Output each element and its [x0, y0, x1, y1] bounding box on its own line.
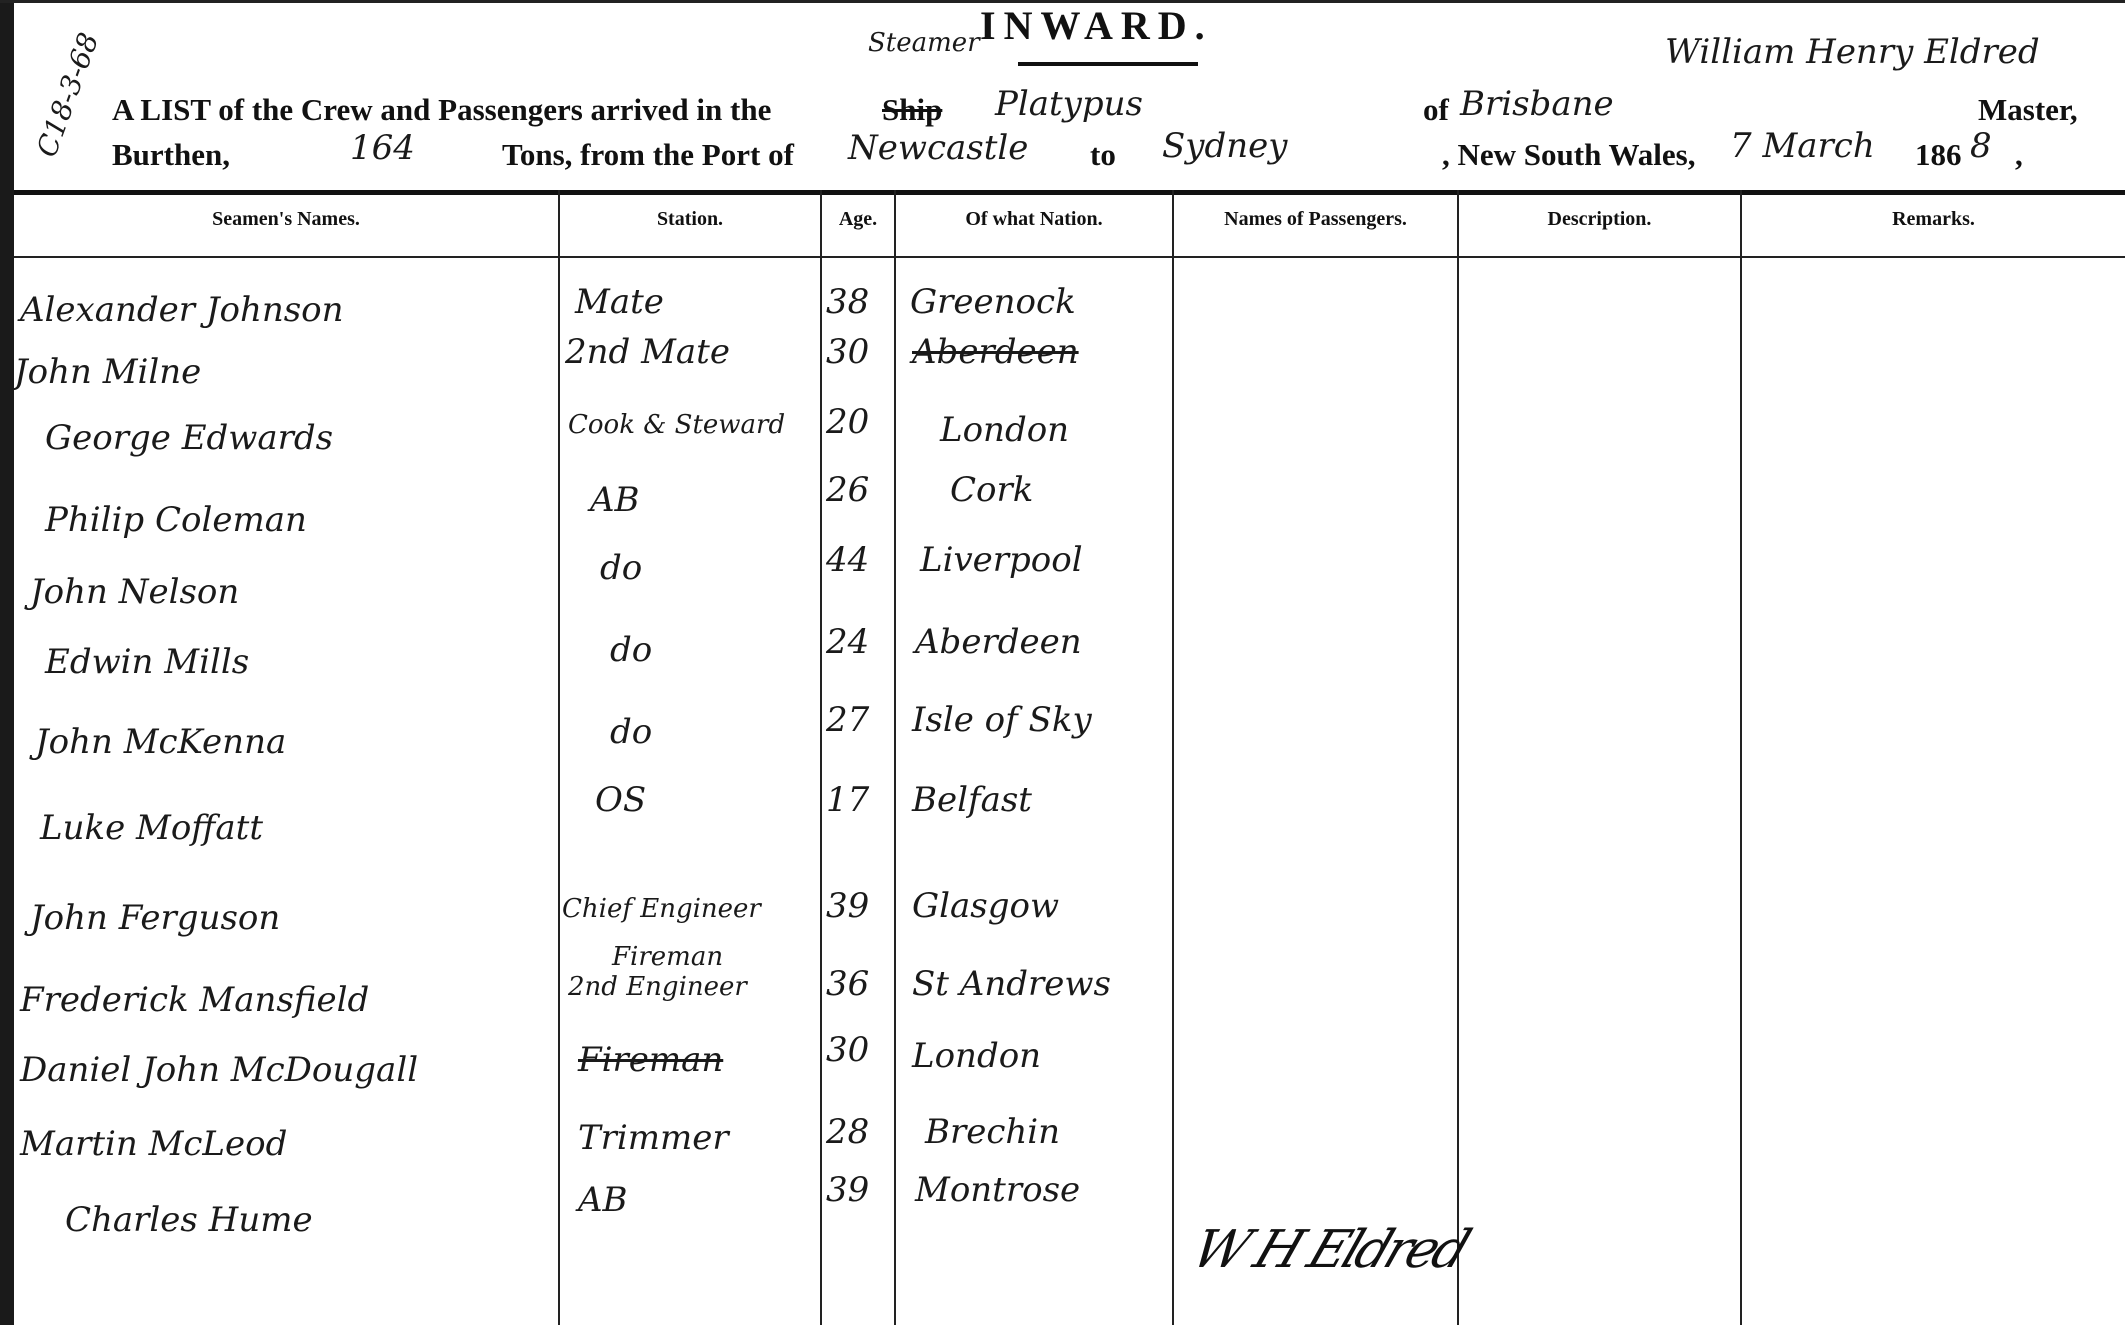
col-station: Station.	[560, 208, 820, 231]
margin-annotation: C18-3-68	[30, 28, 105, 161]
seaman-name: Luke Moffatt	[40, 808, 263, 848]
column-divider	[894, 190, 896, 1325]
col-passenger-names: Names of Passengers.	[1174, 208, 1457, 231]
seaman-name: Edwin Mills	[45, 642, 249, 682]
nation: Montrose	[915, 1170, 1080, 1210]
nation: Belfast	[912, 780, 1032, 820]
station: OS	[595, 780, 646, 820]
age: 38	[826, 282, 869, 322]
seaman-name: John McKenna	[35, 722, 286, 762]
station: Trimmer	[578, 1118, 729, 1158]
station: do	[610, 712, 652, 752]
seaman-name: John Milne	[14, 352, 201, 392]
station: do	[600, 548, 642, 588]
colony-label: , New South Wales,	[1442, 137, 1696, 173]
scan-edge	[0, 0, 14, 1325]
to-label: to	[1090, 137, 1116, 173]
nation: Brechin	[925, 1112, 1060, 1152]
col-age: Age.	[822, 208, 894, 231]
master-label: Master,	[1978, 92, 2078, 128]
master-signature: W H Eldred	[1184, 1220, 1474, 1280]
nation: Aberdeen	[915, 622, 1082, 662]
station: Chief Engineer	[562, 894, 761, 924]
age: 39	[826, 886, 869, 926]
tons-label: Tons, from the Port of	[502, 137, 794, 173]
seaman-name: Alexander Johnson	[20, 290, 344, 330]
seaman-name: Martin McLeod	[20, 1124, 287, 1164]
col-remarks: Remarks.	[1742, 208, 2125, 231]
station-note: Fireman	[612, 942, 723, 972]
age: 26	[826, 470, 869, 510]
column-divider	[558, 190, 560, 1325]
header-rule	[14, 190, 2125, 195]
column-divider	[1457, 190, 1459, 1325]
age: 39	[826, 1170, 869, 1210]
nation: Cork	[950, 470, 1033, 510]
col-nation: Of what Nation.	[896, 208, 1172, 231]
seaman-name: Philip Coleman	[45, 500, 307, 540]
seaman-name: Frederick Mansfield	[20, 980, 369, 1020]
age: 36	[826, 964, 869, 1004]
year-handwritten: 8	[1970, 126, 1992, 166]
column-divider	[820, 190, 822, 1325]
nation: Isle of Sky	[912, 700, 1092, 740]
col-seamens-names: Seamen's Names.	[14, 208, 558, 231]
year-printed: 186	[1915, 137, 1962, 173]
age: 44	[826, 540, 869, 580]
col-description: Description.	[1459, 208, 1740, 231]
nation: Aberdeen	[912, 332, 1079, 372]
document-title: INWARD.	[980, 2, 1213, 49]
seaman-name: John Ferguson	[30, 898, 280, 938]
nation: Greenock	[910, 282, 1076, 322]
master-name: William Henry Eldred	[1665, 32, 2040, 72]
age: 30	[826, 332, 869, 372]
to-port: Sydney	[1162, 126, 1288, 166]
station: 2nd Engineer	[568, 972, 747, 1002]
of-label: of	[1423, 92, 1449, 128]
station: do	[610, 630, 652, 670]
station: Cook & Steward	[568, 410, 785, 440]
title-underline	[1018, 62, 1198, 66]
age: 17	[826, 780, 869, 820]
age: 30	[826, 1030, 869, 1070]
home-port: Brisbane	[1460, 84, 1614, 124]
list-heading-text: A LIST of the Crew and Passengers arrive…	[112, 92, 771, 128]
age: 20	[826, 402, 869, 442]
crew-list-document: C18-3-68 INWARD. A LIST of the Crew and …	[0, 0, 2125, 1325]
seaman-name: George Edwards	[45, 418, 333, 458]
column-divider	[1740, 190, 1742, 1325]
seaman-name: John Nelson	[30, 572, 239, 612]
age: 24	[826, 622, 869, 662]
nation: St Andrews	[912, 964, 1111, 1004]
nation: Liverpool	[920, 540, 1083, 580]
burthen-label: Burthen,	[112, 137, 230, 173]
station: 2nd Mate	[565, 332, 730, 372]
station: Mate	[575, 282, 664, 322]
tons-value: 164	[350, 128, 415, 168]
age: 27	[826, 700, 869, 740]
arrival-date: 7 March	[1730, 126, 1875, 166]
station: AB	[578, 1180, 628, 1220]
trailing-comma: ,	[2015, 137, 2023, 173]
from-port: Newcastle	[848, 128, 1028, 168]
station: AB	[590, 480, 640, 520]
station: Fireman	[578, 1040, 723, 1080]
vessel-name: Platypus	[995, 84, 1143, 124]
nation: London	[912, 1036, 1041, 1076]
nation: London	[940, 410, 1069, 450]
seaman-name: Charles Hume	[65, 1200, 313, 1240]
age: 28	[826, 1112, 869, 1152]
vessel-type-handwritten: Steamer	[868, 28, 980, 58]
nation: Glasgow	[912, 886, 1059, 926]
column-header-rule	[14, 256, 2125, 258]
vessel-type-printed: Ship	[882, 92, 942, 128]
column-divider	[1172, 190, 1174, 1325]
seaman-name: Daniel John McDougall	[20, 1050, 418, 1090]
